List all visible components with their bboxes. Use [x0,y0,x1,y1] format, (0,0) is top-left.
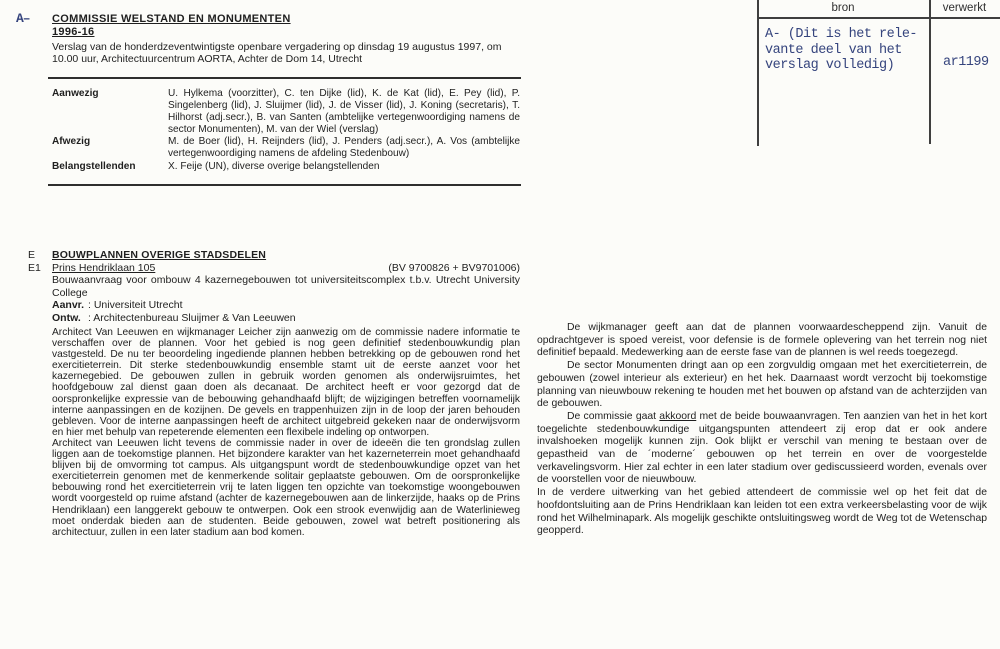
stamp-table: bron verwerkt A- (Dit is het rele- vante… [757,0,1000,150]
stamp-col-bron-header: bron [757,0,929,17]
doc-header: COMMISSIE WELSTAND EN MONUMENTEN 1996-16… [52,13,522,66]
attendance-label: Belangstellenden [52,161,168,173]
paragraph-text: met de beide bouwaanvragen. Ten aanzien … [537,411,987,486]
paragraph: De wijkmanager geeft aan dat de plannen … [537,322,987,360]
applicant-row: Aanvr.: Universiteit Utrecht [52,299,520,312]
section-block: E BOUWPLANNEN OVERIGE STADSDELEN E1 Prin… [28,249,520,325]
stamp-code: ar1199 [943,55,989,70]
paragraph-text: De commissie gaat [567,411,659,422]
divider-top [48,77,521,79]
applicant-label: Aanvr. [52,299,88,312]
paragraph: Architect van Leeuwen licht tevens de co… [52,438,520,538]
doc-title: COMMISSIE WELSTAND EN MONUMENTEN [52,13,522,26]
paragraph: De commissie gaat akkoord met de beide b… [537,411,987,487]
attendance-row: Aanwezig U. Hylkema (voorzitter), C. ten… [52,88,520,136]
stamp-note: A- (Dit is het rele- vante deel van het … [765,27,933,74]
paragraph: De sector Monumenten dringt aan op een z… [537,360,987,411]
attendance-row: Afwezig M. de Boer (lid), H. Reijnders (… [52,136,520,160]
attendance-label: Afwezig [52,136,168,160]
item-description: Bouwaanvraag voor ombouw 4 kazernegebouw… [52,274,520,299]
underlined-word: akkoord [659,411,696,422]
section-code: E [28,249,52,262]
designer-value: : Architectenbureau Sluijmer & Van Leeuw… [88,312,296,324]
divider-bottom [48,184,521,186]
attendance-table: Aanwezig U. Hylkema (voorzitter), C. ten… [52,88,520,173]
doc-number: 1996-16 [52,26,522,39]
table-border-left [757,0,759,146]
item-title: Prins Hendriklaan 105 [52,262,155,275]
item-reference: (BV 9700826 + BV9701006) [388,262,520,275]
designer-row: Ontw.: Architectenbureau Sluijmer & Van … [52,312,520,325]
paragraph: Architect Van Leeuwen en wijkmanager Lei… [52,327,520,438]
left-column: Architect Van Leeuwen en wijkmanager Lei… [52,327,520,538]
margin-code: A– [16,11,30,26]
attendance-value: U. Hylkema (voorzitter), C. ten Dijke (l… [168,88,520,136]
right-column: De wijkmanager geeft aan dat de plannen … [537,322,987,538]
applicant-value: : Universiteit Utrecht [88,299,183,311]
designer-label: Ontw. [52,312,88,325]
section-heading-row: E BOUWPLANNEN OVERIGE STADSDELEN [28,249,520,262]
attendance-value: X. Feije (UN), diverse overige belangste… [168,161,520,173]
attendance-value: M. de Boer (lid), H. Reijnders (lid), J.… [168,136,520,160]
stamp-header-row: bron verwerkt [757,0,1000,19]
item-code: E1 [28,262,52,275]
stamp-col-verwerkt-header: verwerkt [929,0,1000,17]
attendance-row: Belangstellenden X. Feije (UN), diverse … [52,161,520,173]
agenda-item-row: E1 Prins Hendriklaan 105 (BV 9700826 + B… [28,262,520,275]
section-title: BOUWPLANNEN OVERIGE STADSDELEN [52,249,266,262]
document-page: A– COMMISSIE WELSTAND EN MONUMENTEN 1996… [0,0,1000,649]
paragraph: In de verdere uitwerking van het gebied … [537,487,987,538]
attendance-label: Aanwezig [52,88,168,136]
doc-subtitle: Verslag van de honderdzeventwintigste op… [52,41,518,66]
